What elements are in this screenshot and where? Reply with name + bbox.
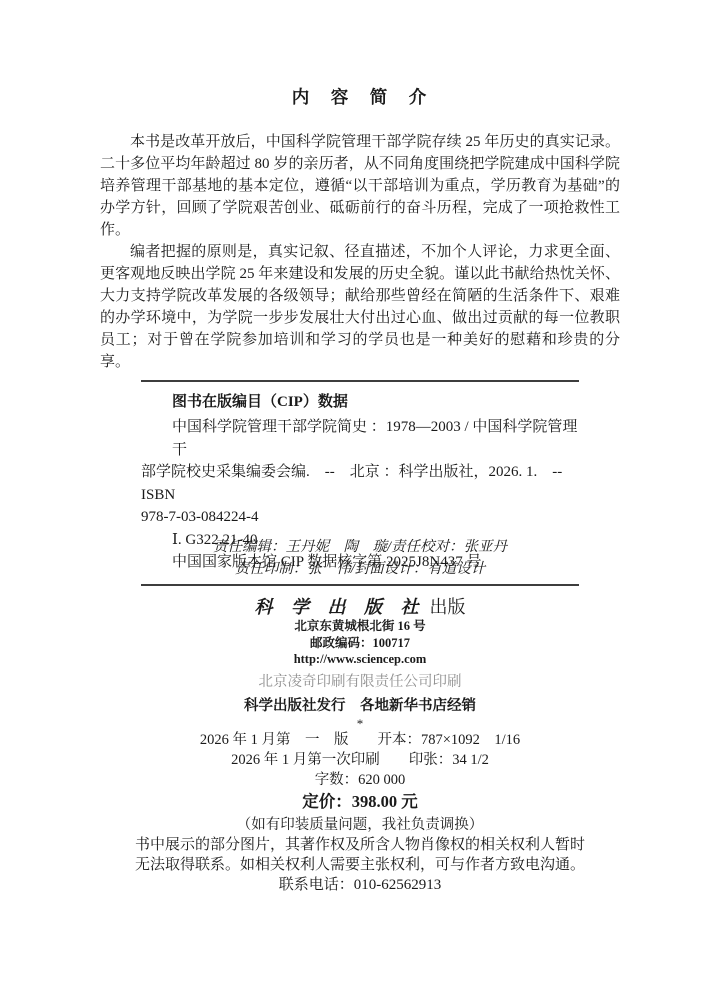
content-summary-title: 内 容 简 介 [100,84,620,109]
distribution-line: 科学出版社发行 各地新华书店经销 [0,697,720,715]
publisher-website: http://www.sciencep.com [0,651,720,668]
summary-paragraph-1: 本书是改革开放后，中国科学院管理干部学院存续 25 年历史的真实记录。二十多位平… [100,131,620,241]
printer-line: 北京凌奇印刷有限责任公司印刷 [0,673,720,691]
separator-asterisk: * [0,717,720,730]
cip-record-line-1: 中国科学院管理干部学院简史 ：1978—2003 / 中国科学院管理干 [172,416,579,461]
publisher-imprint-block: 科 学 出 版 社出版 北京东黄城根北街 16 号 邮政编码：100717 ht… [0,596,720,835]
contact-phone: 联系电话：010-62562913 [96,876,624,896]
price-line: 定价：398.00 元 [0,791,720,813]
credits-editor-proofreader: 责任编辑：王丹妮 陶 璇/责任校对：张亚丹 [0,537,720,559]
publisher-line: 科 学 出 版 社出版 [0,596,720,618]
book-copyright-page: 内 容 简 介 本书是改革开放后，中国科学院管理干部学院存续 25 年历史的真实… [0,0,720,1000]
cip-isbn: 978-7-03-084224-4 [141,506,579,529]
publisher-postcode: 邮政编码：100717 [0,635,720,652]
publisher-suffix: 出版 [430,597,466,617]
editorial-credits: 责任编辑：王丹妮 陶 璇/责任校对：张亚丹 责任印制：张 伟/封面设计：有道设计 [0,537,720,580]
content-summary-section: 内 容 简 介 本书是改革开放后，中国科学院管理干部学院存续 25 年历史的真实… [100,84,620,373]
summary-paragraph-2: 编者把握的原则是，真实记叙、径直描述，不加个人评论，力求更全面、更客观地反映出学… [100,241,620,373]
quality-exchange-note: （如有印装质量问题，我社负责调换） [0,815,720,835]
credits-printing-cover-design: 责任印制：张 伟/封面设计：有道设计 [0,559,720,581]
edition-format-line: 2026 年 1 月第 一 版 开本：787×1092 1/16 [0,730,720,750]
impression-sheets-line: 2026 年 1 月第一次印刷 印张：34 1/2 [0,750,720,770]
science-press-logo: 科 学 出 版 社 [255,597,426,617]
word-count-line: 字数：620 000 [0,770,720,790]
image-rights-note: 书中展示的部分图片，其著作权及所含人物肖像权的相关权利人暂时 无法取得联系。如相… [96,836,624,896]
publisher-address: 北京东黄城根北街 16 号 [0,618,720,635]
rights-note-line-2: 无法取得联系。如相关权利人需要主张权利，可与作者方致电沟通。 [96,856,624,876]
rights-note-line-1: 书中展示的部分图片，其著作权及所含人物肖像权的相关权利人暂时 [96,836,624,856]
cip-heading: 图书在版编目（CIP）数据 [172,390,579,411]
cip-record-line-2: 部学院校史采集编委会编. -- 北京 ：科学出版社，2026. 1. -- IS… [141,461,579,506]
